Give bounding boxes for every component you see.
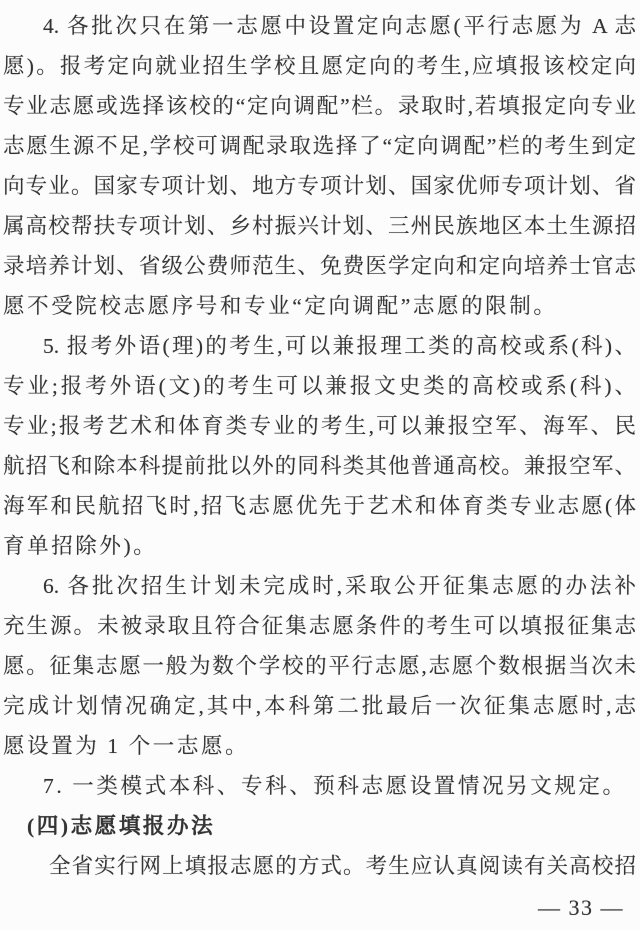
text-line: 6. 各批次招生计划未完成时,采取公开征集志愿的办法补	[3, 566, 636, 606]
text-line: 属高校帮扶专项计划、乡村振兴计划、三州民族地区本土生源招	[3, 206, 636, 246]
text-line: 向专业。国家专项计划、地方专项计划、国家优师专项计划、省	[3, 166, 636, 206]
text-line: 4. 各批次只在第一志愿中设置定向志愿(平行志愿为 A 志	[3, 6, 636, 46]
text-line: 全省实行网上填报志愿的方式。考生应认真阅读有关高校招	[3, 846, 636, 886]
section-heading-4: (四)志愿填报办法	[3, 806, 636, 846]
text-line: 航招飞和除本科提前批以外的同科类其他普通高校。兼报空军、	[3, 446, 636, 486]
page-number-label: — 33 —	[538, 895, 624, 920]
text-line: 愿不受院校志愿序号和专业“定向调配”志愿的限制。	[3, 286, 636, 326]
text-line: 7. 一类模式本科、专科、预科志愿设置情况另文规定。	[3, 766, 636, 806]
text-line: 充生源。未被录取且符合征集志愿条件的考生可以填报征集志	[3, 606, 636, 646]
section-heading: (四)志愿填报办法	[3, 806, 636, 846]
paragraph-filling-method-intro: 全省实行网上填报志愿的方式。考生应认真阅读有关高校招	[3, 846, 636, 886]
page-footer: — 33 —	[3, 891, 636, 925]
text-line: 育单招除外)。	[3, 526, 636, 566]
text-line: 专业志愿或选择该校的“定向调配”栏。录取时,若填报定向专业	[3, 86, 636, 126]
text-line: 5. 报考外语(理)的考生,可以兼报理工类的高校或系(科)、	[3, 326, 636, 366]
text-line: 愿设置为 1 个一志愿。	[3, 726, 636, 766]
text-line: 海军和民航招飞时,招飞志愿优先于艺术和体育类专业志愿(体	[3, 486, 636, 526]
paragraph-item-6: 6. 各批次招生计划未完成时,采取公开征集志愿的办法补 充生源。未被录取且符合征…	[3, 566, 636, 766]
text-line: 愿)。报考定向就业招生学校且愿定向的考生,应填报该校定向	[3, 46, 636, 86]
text-line: 录培养计划、省级公费师范生、免费医学定向和定向培养士官志	[3, 246, 636, 286]
document-page: 4. 各批次只在第一志愿中设置定向志愿(平行志愿为 A 志 愿)。报考定向就业招…	[0, 0, 640, 930]
paragraph-item-4: 4. 各批次只在第一志愿中设置定向志愿(平行志愿为 A 志 愿)。报考定向就业招…	[3, 6, 636, 326]
text-line: 完成计划情况确定,其中,本科第二批最后一次征集志愿时,志	[3, 686, 636, 726]
text-line: 愿。征集志愿一般为数个学校的平行志愿,志愿个数根据当次未	[3, 646, 636, 686]
paragraph-item-5: 5. 报考外语(理)的考生,可以兼报理工类的高校或系(科)、 专业;报考外语(文…	[3, 326, 636, 566]
text-line: 志愿生源不足,学校可调配录取选择了“定向调配”栏的考生到定	[3, 126, 636, 166]
text-line: 专业;报考艺术和体育类专业的考生,可以兼报空军、海军、民	[3, 406, 636, 446]
paragraph-item-7: 7. 一类模式本科、专科、预科志愿设置情况另文规定。	[3, 766, 636, 806]
text-line: 专业;报考外语(文)的考生可以兼报文史类的高校或系(科)、	[3, 366, 636, 406]
